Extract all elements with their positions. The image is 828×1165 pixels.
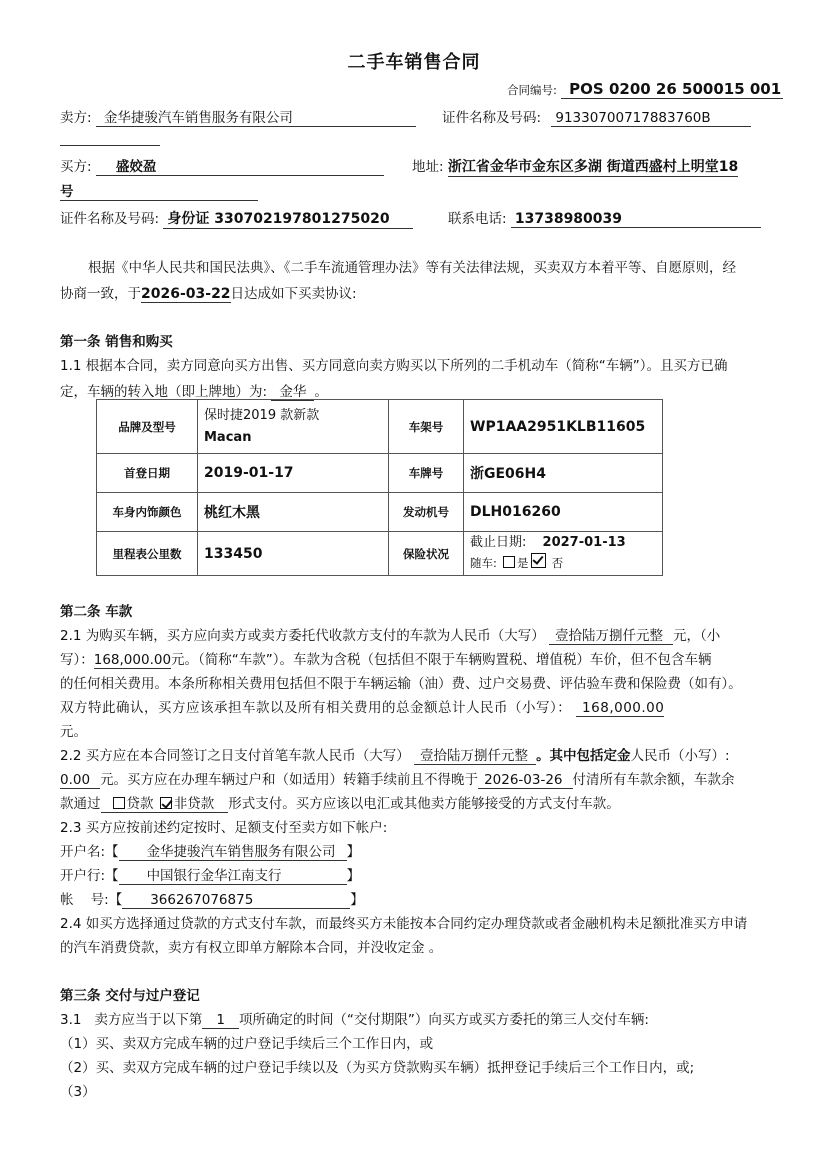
seller-name: 金华捷骏汽车销售服务有限公司 bbox=[96, 106, 416, 127]
label-insurance: 保险状况 bbox=[389, 532, 464, 576]
seller-id-continuation-line bbox=[60, 145, 160, 146]
delivery-item-no: 1 bbox=[202, 1012, 239, 1029]
loan-label: 贷款 bbox=[127, 796, 154, 812]
article2-p21-line5: 元。 bbox=[60, 720, 87, 740]
agreement-date: 2026-03-22 bbox=[141, 286, 231, 303]
price-upper: 壹拾陆万捌仟元整 bbox=[549, 624, 673, 645]
account-number-value: 366267076875 bbox=[122, 892, 350, 909]
buyer-name: 盛姣盈 bbox=[96, 155, 384, 176]
table-row: 里程表公里数 133450 保险状况 截止日期: 2027-01-13 随车: … bbox=[97, 532, 663, 576]
article3-text: 3.1 卖方应当于以下第 bbox=[60, 1012, 202, 1028]
seller-id-label: 证件名称及号码: bbox=[442, 110, 541, 126]
price-lower: 168,000.00 bbox=[94, 652, 171, 669]
total-lower: 168,000.00 bbox=[576, 700, 664, 717]
article1-heading: 第一条 销售和购买 bbox=[60, 330, 173, 350]
label-color: 车身内饰颜色 bbox=[97, 493, 198, 532]
contract-number-value: POS 0200 26 500015 001 bbox=[561, 80, 783, 99]
value-engine: DLH016260 bbox=[464, 493, 663, 532]
value-mileage: 133450 bbox=[198, 532, 389, 576]
label-first-reg: 首登日期 bbox=[97, 454, 198, 493]
with-car-no-checkbox[interactable] bbox=[531, 553, 546, 568]
loan-checkbox[interactable] bbox=[113, 797, 125, 809]
article3-option1: （1）买、卖双方完成车辆的过户登记手续后三个工作日内，或 bbox=[60, 1032, 433, 1052]
table-row: 首登日期 2019-01-17 车牌号 浙GE06H4 bbox=[97, 454, 663, 493]
article2-p22-line3: 款通过贷款 非贷款形式支付。买方应该以电汇或其他卖方能够接受的方式支付车款。 bbox=[60, 792, 620, 813]
value-brand: 保时捷2019 款新款 Macan bbox=[198, 400, 389, 454]
insurance-expiry-date: 2027-01-13 bbox=[543, 535, 626, 550]
article2-text: 写）： bbox=[60, 652, 94, 668]
bracket: 】 bbox=[347, 868, 361, 884]
article2-p21-line4: 双方特此确认，买方应该承担车款以及所有相关费用的总金额总计人民币（小写）： 16… bbox=[60, 696, 664, 717]
preamble-line2: 协商一致，于2026-03-22日达成如下买卖协议: bbox=[60, 282, 357, 303]
payment-deadline: 2026-03-26 bbox=[478, 772, 572, 789]
deposit-bold-text: 。其中包括定金 bbox=[536, 748, 631, 764]
value-first-reg: 2019-01-17 bbox=[198, 454, 389, 493]
document-title: 二手车销售合同 bbox=[0, 48, 828, 74]
article1-p1-line2: 定，车辆的转入地（即上牌地）为: 金华。 bbox=[60, 380, 328, 401]
with-car-yes-checkbox[interactable] bbox=[503, 556, 515, 568]
buyer-phone-label: 联系电话: bbox=[448, 211, 507, 227]
article2-p21-line2: 写）：168,000.00元。（简称“车款”）。车款为含税（包括但不限于车辆购置… bbox=[60, 648, 712, 669]
seller-label: 卖方: bbox=[60, 110, 92, 126]
article2-text: 元，（小 bbox=[673, 628, 720, 644]
buyer-id-row: 证件名称及号码: 身份证 330702197801275020 bbox=[60, 207, 413, 229]
article2-p23: 2.3 买方应按前述约定按时、足额支付至卖方如下帐户: bbox=[60, 816, 387, 836]
preamble-line1: 根据《中华人民共和国民法典》、《二手车流通管理办法》等有关法律法规，买卖双方本着… bbox=[88, 256, 736, 276]
buyer-row: 买方: 盛姣盈 bbox=[60, 155, 384, 176]
contract-number-label: 合同编号: bbox=[507, 83, 557, 97]
transfer-place: 金华 bbox=[271, 380, 314, 401]
account-number-row: 帐 号:【366267076875】 bbox=[60, 888, 364, 909]
article1-text: 。 bbox=[314, 384, 328, 400]
contract-page: 二手车销售合同 合同编号: POS 0200 26 500015 001 卖方:… bbox=[0, 0, 828, 1165]
article2-text: 付清所有车款余额，车款余 bbox=[573, 772, 735, 788]
deposit-amount: 0.00 bbox=[60, 772, 100, 789]
article2-heading: 第二条 车款 bbox=[60, 600, 132, 620]
brand-model-text: 保时捷2019 款新款 bbox=[204, 408, 319, 423]
seller-id-value: 91330700717883760B bbox=[551, 110, 751, 127]
with-car-yes-label: 是 bbox=[517, 556, 529, 570]
buyer-address-label: 地址: bbox=[412, 159, 444, 175]
label-plate: 车牌号 bbox=[389, 454, 464, 493]
label-brand: 品牌及型号 bbox=[97, 400, 198, 454]
article2-text: 双方特此确认，买方应该承担车款以及所有相关费用的总金额总计人民币（小写）： bbox=[60, 700, 571, 716]
seller-id-row: 证件名称及号码: 91330700717883760B bbox=[442, 106, 751, 127]
article3-option3: （3） bbox=[60, 1080, 96, 1100]
bracket: 】 bbox=[350, 892, 364, 908]
value-color: 桃红木黑 bbox=[198, 493, 389, 532]
first-payment-upper: 壹拾陆万捌仟元整 bbox=[414, 744, 536, 765]
payment-method: 贷款 非贷款 bbox=[101, 792, 229, 813]
account-number-label: 帐 号:【 bbox=[60, 892, 122, 908]
buyer-address-line1: 浙江省金华市金东区多湖 街道西盛村上明堂18 bbox=[448, 156, 738, 177]
insurance-expiry-label: 截止日期: bbox=[470, 535, 526, 550]
article2-text: 形式支付。买方应该以电汇或其他卖方能够接受的方式支付车款。 bbox=[228, 796, 620, 812]
value-plate: 浙GE06H4 bbox=[464, 454, 663, 493]
vehicle-info-table: 品牌及型号 保时捷2019 款新款 Macan 车架号 WP1AA2951KLB… bbox=[96, 399, 663, 576]
article1-p1-line1: 1.1 根据本合同，卖方同意向买方出售、买方同意向卖方购买以下所列的二手机动车（… bbox=[60, 354, 728, 374]
value-vin: WP1AA2951KLB11605 bbox=[464, 400, 663, 454]
article3-heading: 第三条 交付与过户登记 bbox=[60, 984, 200, 1004]
article2-text: 2.1 为购买车辆，买方应向卖方或卖方委托代收款方支付的车款为人民币（大写） bbox=[60, 628, 545, 644]
bank-row: 开户行:【中国银行金华江南支行】 bbox=[60, 864, 360, 885]
label-engine: 发动机号 bbox=[389, 493, 464, 532]
table-row: 品牌及型号 保时捷2019 款新款 Macan 车架号 WP1AA2951KLB… bbox=[97, 400, 663, 454]
buyer-id-value: 身份证 330702197801275020 bbox=[163, 208, 413, 229]
article2-text: 款通过 bbox=[60, 796, 101, 812]
table-row: 车身内饰颜色 桃红木黑 发动机号 DLH016260 bbox=[97, 493, 663, 532]
buyer-label: 买方: bbox=[60, 159, 92, 175]
article2-text: 元。买方应在办理车辆过户和（如适用）转籍手续前且不得晚于 bbox=[100, 772, 478, 788]
buyer-id-label: 证件名称及号码: bbox=[60, 211, 159, 227]
buyer-address-row: 地址: 浙江省金华市金东区多湖 街道西盛村上明堂18 bbox=[412, 155, 738, 177]
with-car-label: 随车: bbox=[470, 556, 497, 570]
buyer-phone-value: 13738980039 bbox=[511, 211, 761, 228]
seller-row: 卖方: 金华捷骏汽车销售服务有限公司 bbox=[60, 106, 416, 127]
preamble-text: 协商一致，于 bbox=[60, 286, 141, 302]
contract-number: 合同编号: POS 0200 26 500015 001 bbox=[507, 80, 783, 99]
article2-p24-line2: 的汽车消费贷款，卖方有权立即单方解除本合同，并没收定金 。 bbox=[60, 936, 442, 956]
article2-p21-line3: 的任何相关费用。本条所称相关费用包括但不限于车辆运输（油）费、过户交易费、评估验… bbox=[60, 672, 742, 692]
article2-text: 2.2 买方应在本合同签订之日支付首笔车款人民币（大写） bbox=[60, 748, 410, 764]
article3-option2: （2）买、卖双方完成车辆的过户登记手续以及（为买方贷款购买车辆）抵押登记手续后三… bbox=[60, 1056, 694, 1076]
brand-model-text: Macan bbox=[204, 430, 251, 445]
article3-text: 项所确定的时间（“交付期限”）向买方或买方委托的第三人交付车辆: bbox=[239, 1012, 649, 1028]
article2-text: 元。（简称“车款”）。车款为含税（包括但不限于车辆购置税、增值税）车价，但不包含… bbox=[171, 652, 712, 668]
bracket: 】 bbox=[347, 844, 361, 860]
preamble-text: 日达成如下买卖协议: bbox=[231, 286, 357, 302]
bank-label: 开户行:【 bbox=[60, 868, 119, 884]
account-name-row: 开户名:【金华捷骏汽车销售服务有限公司】 bbox=[60, 840, 360, 861]
account-name-label: 开户名:【 bbox=[60, 844, 119, 860]
article3-p31: 3.1 卖方应当于以下第1项所确定的时间（“交付期限”）向买方或买方委托的第三人… bbox=[60, 1008, 649, 1029]
non-loan-checkbox[interactable] bbox=[160, 797, 172, 809]
article2-p22-line1: 2.2 买方应在本合同签订之日支付首笔车款人民币（大写） 壹拾陆万捌仟元整。其中… bbox=[60, 744, 730, 765]
article1-text: 定，车辆的转入地（即上牌地）为: bbox=[60, 384, 267, 400]
buyer-address-continuation: 号 bbox=[60, 180, 258, 201]
label-vin: 车架号 bbox=[389, 400, 464, 454]
article2-p22-line2: 0.00元。买方应在办理车辆过户和（如适用）转籍手续前且不得晚于2026-03-… bbox=[60, 768, 735, 789]
bank-value: 中国银行金华江南支行 bbox=[119, 864, 347, 885]
article2-p21-line1: 2.1 为购买车辆，买方应向卖方或卖方委托代收款方支付的车款为人民币（大写） 壹… bbox=[60, 624, 720, 645]
value-insurance: 截止日期: 2027-01-13 随车: 是 否 bbox=[464, 532, 663, 576]
label-mileage: 里程表公里数 bbox=[97, 532, 198, 576]
buyer-address-line2: 号 bbox=[60, 180, 258, 201]
article2-p24-line1: 2.4 如买方选择通过贷款的方式支付车款，而最终买方未能按本合同约定办理贷款或者… bbox=[60, 912, 747, 932]
with-car-no-label: 否 bbox=[552, 556, 564, 570]
article2-text: 人民币（小写）: bbox=[631, 748, 730, 764]
buyer-phone-row: 联系电话: 13738980039 bbox=[448, 207, 761, 228]
non-loan-label: 非贷款 bbox=[174, 796, 215, 812]
account-name-value: 金华捷骏汽车销售服务有限公司 bbox=[119, 840, 347, 861]
